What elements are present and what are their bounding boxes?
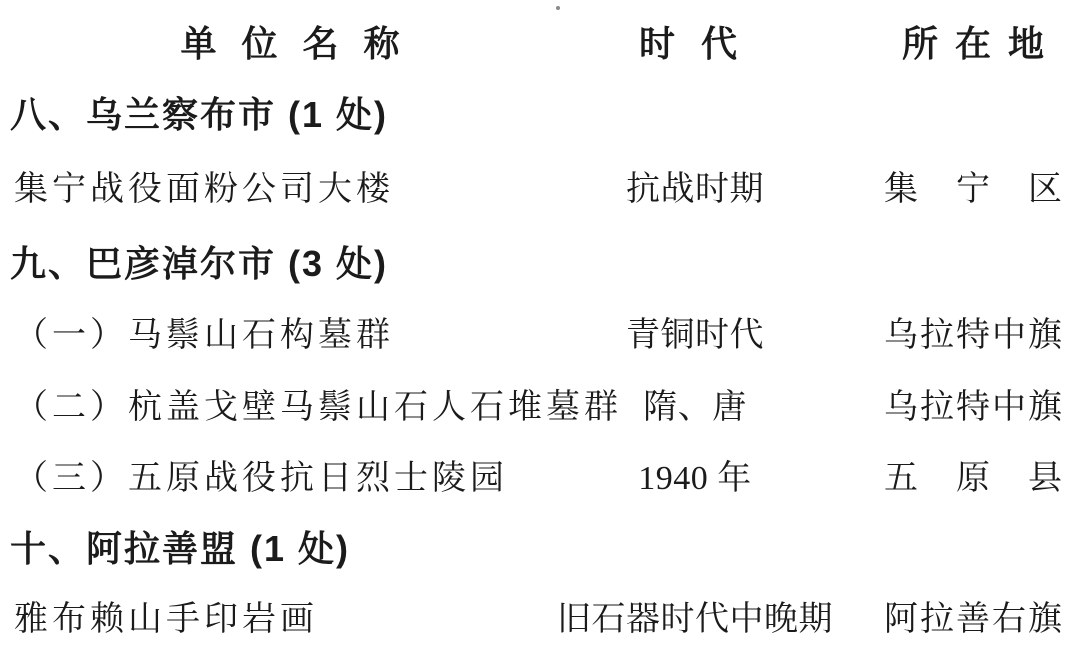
location-cell: 乌拉特中旗: [884, 319, 1062, 353]
location-cell: 乌拉特中旗: [884, 391, 1062, 425]
site-name-cell: 雅布赖山手印岩画: [14, 603, 318, 637]
section-heading: 八、乌兰察布市 (1 处): [10, 97, 388, 133]
scan-artifact-dot: [556, 6, 560, 10]
section-row-bayannur: 九、巴彦淖尔市 (3 处): [0, 246, 1080, 292]
era-cell: 1940 年: [555, 462, 835, 496]
era-cell: 青铜时代: [555, 319, 835, 353]
column-header-unit-name: 单位名称: [10, 26, 570, 62]
section-row-alxa: 十、阿拉善盟 (1 处): [0, 531, 1080, 577]
table-row: （三）五原战役抗日烈士陵园 1940 年 五原县: [0, 462, 1080, 508]
era-cell: 抗战时期: [555, 173, 835, 207]
site-name-cell: 集宁战役面粉公司大楼: [14, 173, 394, 207]
section-row-ulanqab: 八、乌兰察布市 (1 处): [0, 97, 1080, 143]
era-cell: 隋、唐: [555, 391, 835, 425]
table-row: 雅布赖山手印岩画 旧石器时代中晚期 阿拉善右旗: [0, 603, 1080, 649]
location-cell: 阿拉善右旗: [884, 603, 1062, 637]
table-row: （一）马鬃山石构墓群 青铜时代 乌拉特中旗: [0, 319, 1080, 365]
table-row: （二）杭盖戈壁马鬃山石人石堆墓群 隋、唐 乌拉特中旗: [0, 391, 1080, 437]
location-cell: 集宁区: [884, 173, 1062, 207]
table-row: 集宁战役面粉公司大楼 抗战时期 集宁区: [0, 173, 1080, 219]
site-name-cell: （三）五原战役抗日烈士陵园: [14, 462, 508, 496]
column-header-location: 所在地: [902, 26, 1044, 62]
location-cell: 五原县: [884, 462, 1062, 496]
site-name-cell: （二）杭盖戈壁马鬃山石人石堆墓群: [14, 391, 622, 425]
section-heading: 十、阿拉善盟 (1 处): [10, 531, 350, 567]
section-heading: 九、巴彦淖尔市 (3 处): [10, 246, 388, 282]
site-name-cell: （一）马鬃山石构墓群: [14, 319, 394, 353]
column-header-era: 时代: [548, 26, 828, 62]
scanned-document-page: 单位名称 时代 所在地 八、乌兰察布市 (1 处) 集宁战役面粉公司大楼 抗战时…: [0, 0, 1080, 663]
table-header-row: 单位名称 时代 所在地: [0, 26, 1080, 72]
era-cell: 旧石器时代中晚期: [555, 603, 835, 637]
